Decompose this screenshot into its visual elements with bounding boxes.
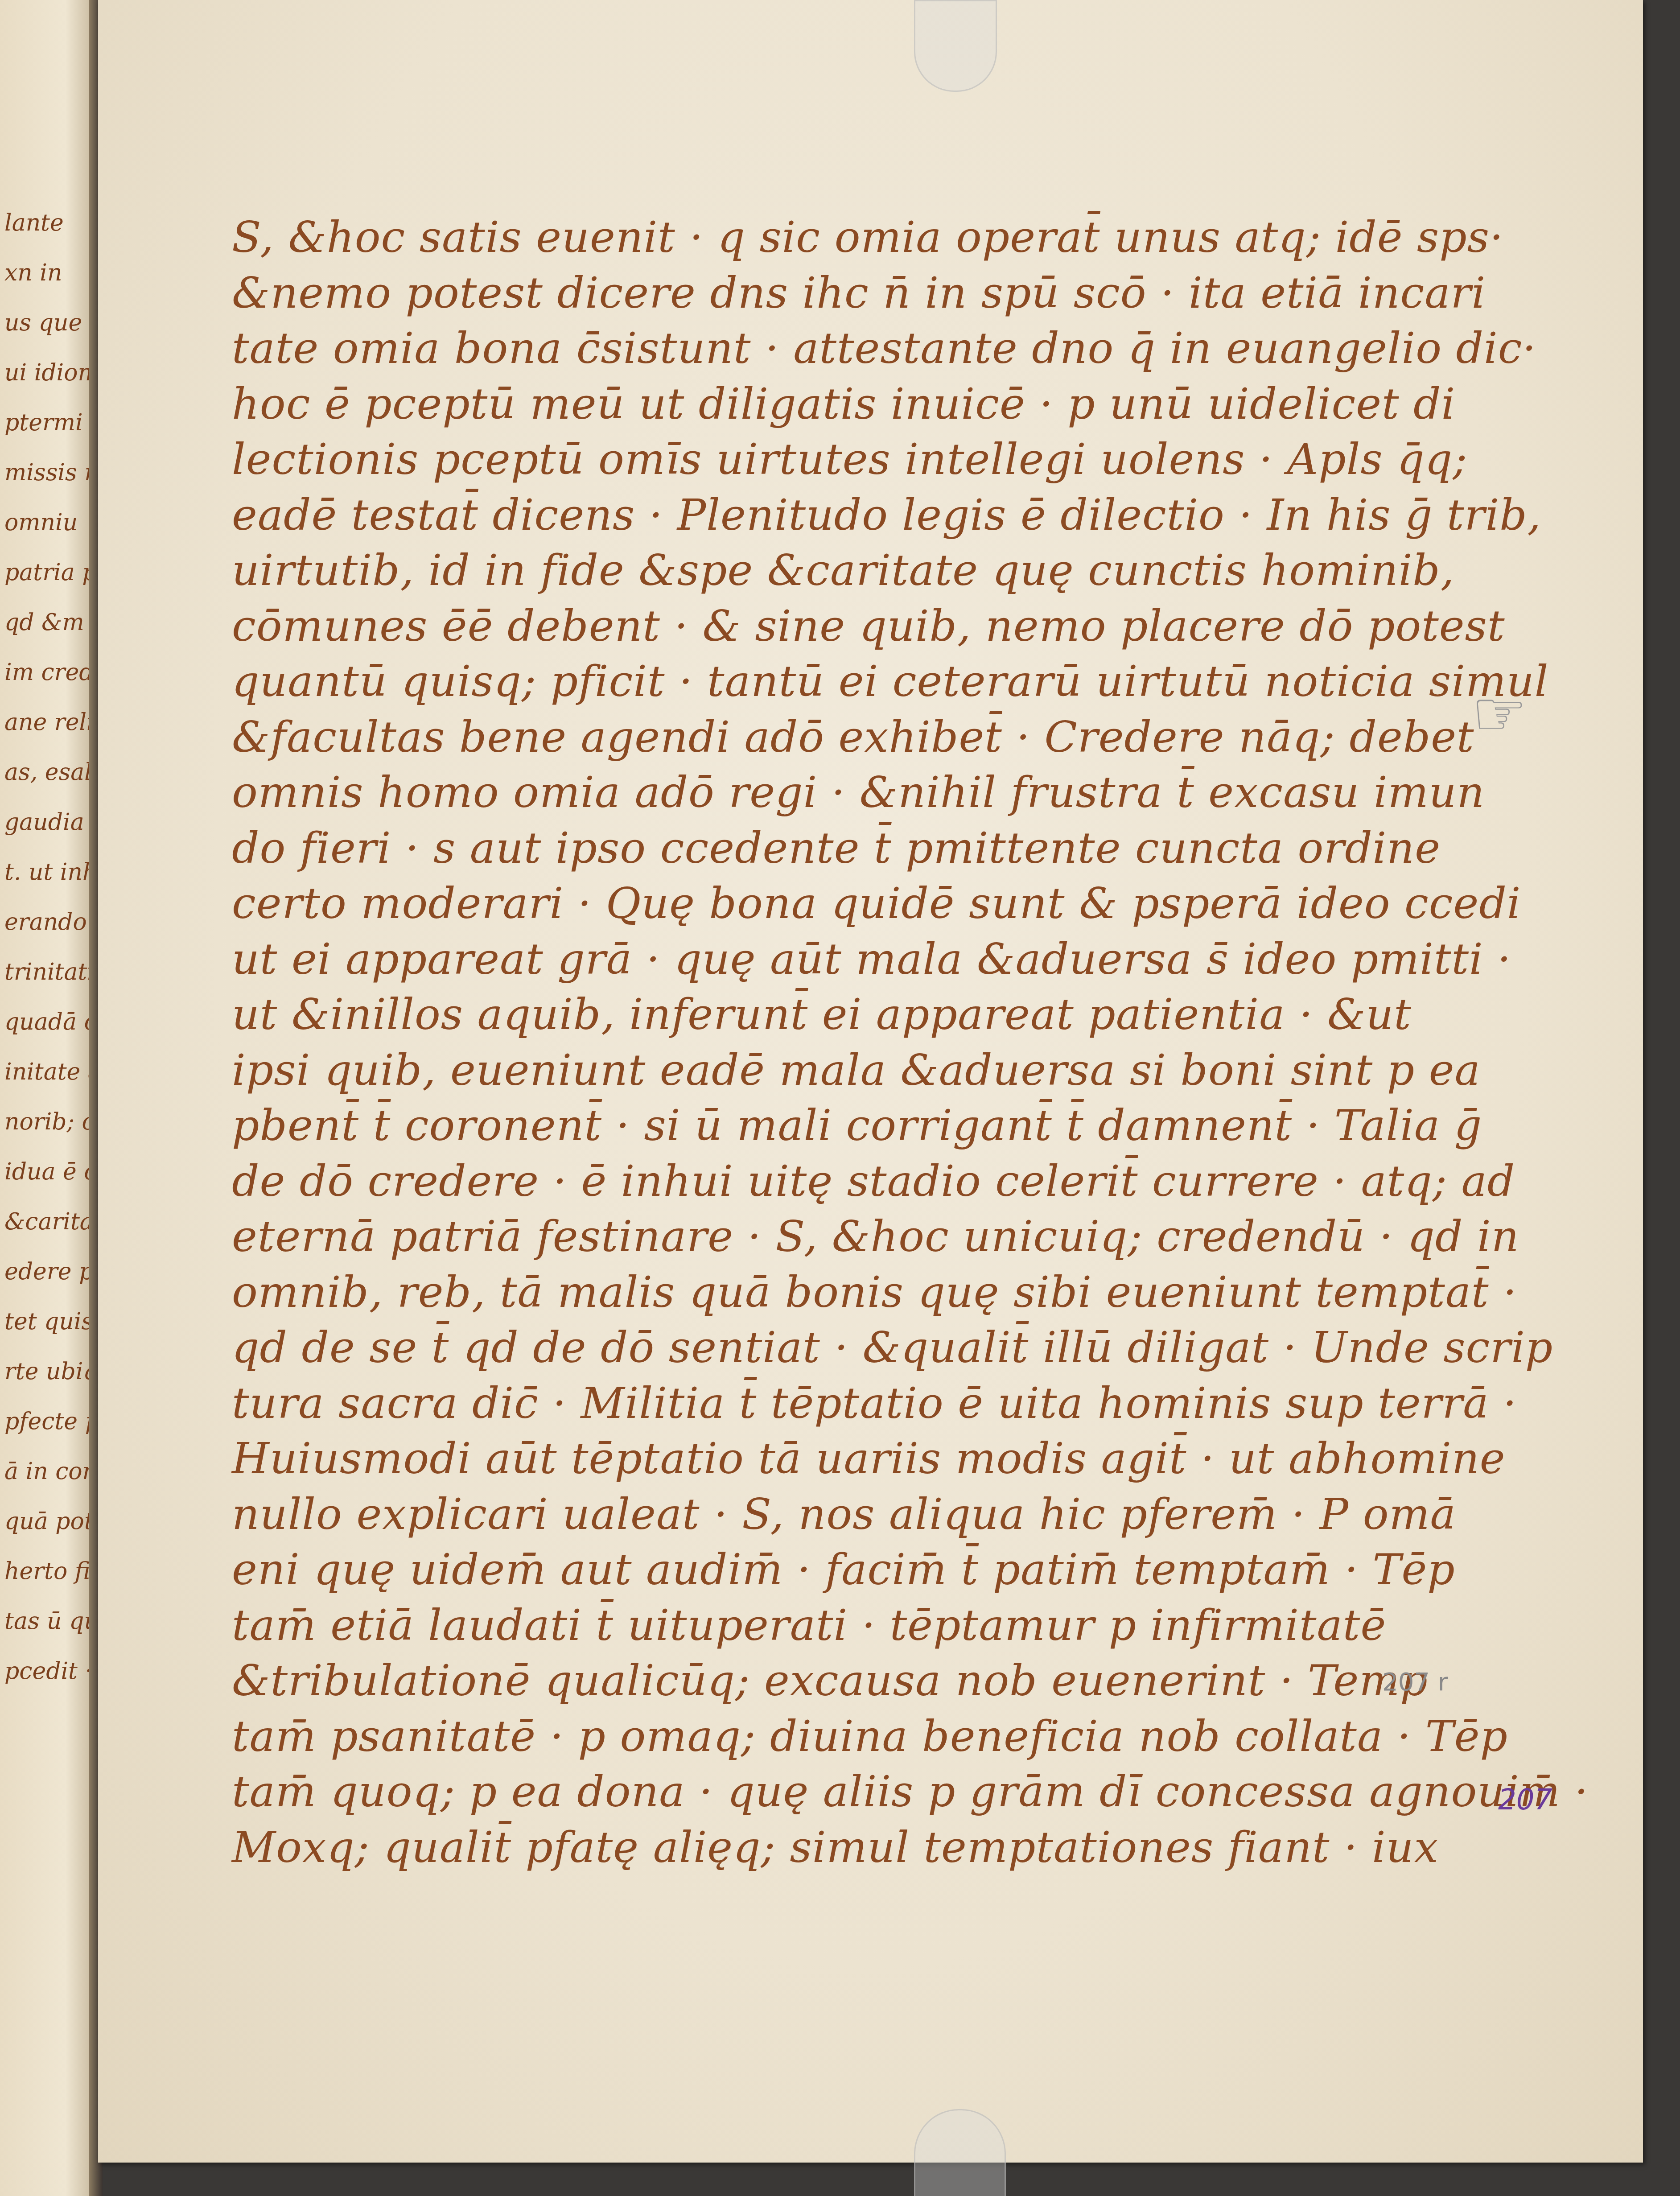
- manuscript-line: eadē testat̄ dicens · Plenitudo legis ē …: [232, 487, 1525, 543]
- glass-clip-bottom: [914, 2109, 1006, 2196]
- manuscript-line: pbent̄ t̄ coronent̄ · si ū mali corrigan…: [232, 1098, 1525, 1154]
- glass-clip-top: [914, 0, 997, 92]
- main-text-block: S, &hoc satis euenit · q sic omia operat…: [232, 210, 1525, 1875]
- facing-page-line: tet quisqa: [4, 1308, 94, 1335]
- facing-page-line: missis re: [4, 459, 94, 486]
- facing-page-line: xn in: [4, 260, 62, 286]
- facing-page-line: us que: [4, 309, 82, 336]
- manuscript-line: hoc ē pceptū meū ut diligatis inuicē · p…: [232, 376, 1525, 432]
- manuscript-line: ipsi quib, eueniunt eadē mala &aduersa s…: [232, 1042, 1525, 1098]
- facing-page-line: im crede: [4, 659, 94, 686]
- manuscript-line: eternā patriā festinare · S, &hoc unicui…: [232, 1209, 1525, 1265]
- facing-page-fragment: lantexn inus queui idiomptermimissis reo…: [0, 0, 94, 2196]
- manicule-icon: ☞: [1471, 678, 1528, 750]
- facing-page-line: t. ut inhj: [4, 859, 94, 886]
- manuscript-line: Huiusmodi aūt tēptatio tā uariis modis a…: [232, 1431, 1525, 1487]
- facing-page-line: norib; con: [4, 1108, 94, 1135]
- manuscript-line: quantū quisq; pficit · tantū ei ceterarū…: [232, 654, 1525, 709]
- manuscript-line: tam̄ psanitatē · p omaq; diuina benefici…: [232, 1709, 1525, 1764]
- manuscript-line: certo moderari · Quę bona quidē sunt & p…: [232, 876, 1525, 931]
- facing-page-line: patria p: [4, 559, 94, 586]
- facing-page-line: ane reli: [4, 709, 94, 736]
- facing-page-line: trinitatis: [4, 959, 94, 985]
- manuscript-line: do fieri · s aut ipso ccedente t̄ pmitte…: [232, 820, 1525, 876]
- facing-page-line: quā potest: [4, 1508, 94, 1535]
- manuscript-line: uirtutib, id in fide &spe &caritate quę …: [232, 543, 1525, 598]
- facing-page-line: initate ag: [4, 1059, 94, 1085]
- manuscript-line: qd de se t̄ qd de dō sentiat · &qualit̄ …: [232, 1320, 1525, 1376]
- manuscript-line: omnis homo omia adō regi · &nihil frustr…: [232, 765, 1525, 820]
- facing-page-line: as, esali: [4, 759, 94, 786]
- facing-page-line: ptermi: [4, 409, 83, 436]
- manuscript-line: tura sacra dic̄ · Militia t̄ tēptatio ē …: [232, 1376, 1525, 1431]
- facing-page-line: pcedit ·: [4, 1658, 92, 1685]
- manuscript-line: nullo explicari ualeat · S, nos aliqua h…: [232, 1487, 1525, 1542]
- facing-page-line: gaudia p: [4, 809, 94, 836]
- manuscript-line: eni quę uidem̄ aut audim̄ · facim̄ t̄ pa…: [232, 1542, 1525, 1598]
- facing-page-line: omniu: [4, 509, 78, 536]
- manuscript-line: tate omia bona c̄sistunt · attestante dn…: [232, 321, 1525, 376]
- manuscript-line: S, &hoc satis euenit · q sic omia operat…: [232, 210, 1525, 265]
- manuscript-line: &facultas bene agendi adō exhibet̄ · Cre…: [232, 709, 1525, 765]
- facing-page-line: lante: [4, 210, 64, 236]
- manuscript-line: &tribulationē qualicūq; excausa nob euen…: [232, 1653, 1525, 1709]
- manuscript-line: ut ei appareat grā · quę aūt mala &aduer…: [232, 931, 1525, 987]
- manuscript-line: omnib, reb, tā malis quā bonis quę sibi …: [232, 1265, 1525, 1320]
- pencil-folio-number: 207 r: [1382, 1668, 1448, 1697]
- manuscript-line: ut &inillos aquib, inferunt̄ ei appareat…: [232, 987, 1525, 1042]
- manuscript-line: lectionis pceptū omīs uirtutes intellegi…: [232, 432, 1525, 487]
- manuscript-line: tam̄ quoq; p ea dona · quę aliis p grām …: [232, 1764, 1525, 1820]
- manuscript-leaf: S, &hoc satis euenit · q sic omia operat…: [98, 0, 1643, 2163]
- manuscript-line: &nemo potest dicere dns ihc n̄ in spū sc…: [232, 265, 1525, 321]
- facing-page-line: pfecte potest: [4, 1408, 94, 1435]
- facing-page-line: idua ē om: [4, 1158, 94, 1185]
- facing-page-line: ā in corde: [4, 1458, 94, 1485]
- facing-page-line: herto fidel: [4, 1558, 94, 1585]
- stamped-folio-number: 207: [1498, 1784, 1552, 1817]
- facing-page-line: qd &m: [4, 609, 84, 636]
- facing-page-line: erando in: [4, 909, 94, 935]
- facing-page-line: edere potest: [4, 1258, 94, 1285]
- facing-page-line: &caritate: [4, 1208, 94, 1235]
- facing-page-line: tas ū quas: [4, 1608, 94, 1635]
- facing-page-line: rte ubiq; p: [4, 1358, 94, 1385]
- manuscript-line: cōmunes ēē debent · & sine quib, nemo pl…: [232, 598, 1525, 654]
- manuscript-line: tam̄ etiā laudati t̄ uituperati · tēptam…: [232, 1598, 1525, 1653]
- manuscript-line: de dō credere · ē inhui uitę stadio cele…: [232, 1154, 1525, 1209]
- facing-page-line: quadā om: [4, 1009, 94, 1035]
- facing-page-line: ui idiom: [4, 359, 94, 386]
- manuscript-line: Moxq; qualit̄ pfatę alięq; simul temptat…: [232, 1820, 1525, 1875]
